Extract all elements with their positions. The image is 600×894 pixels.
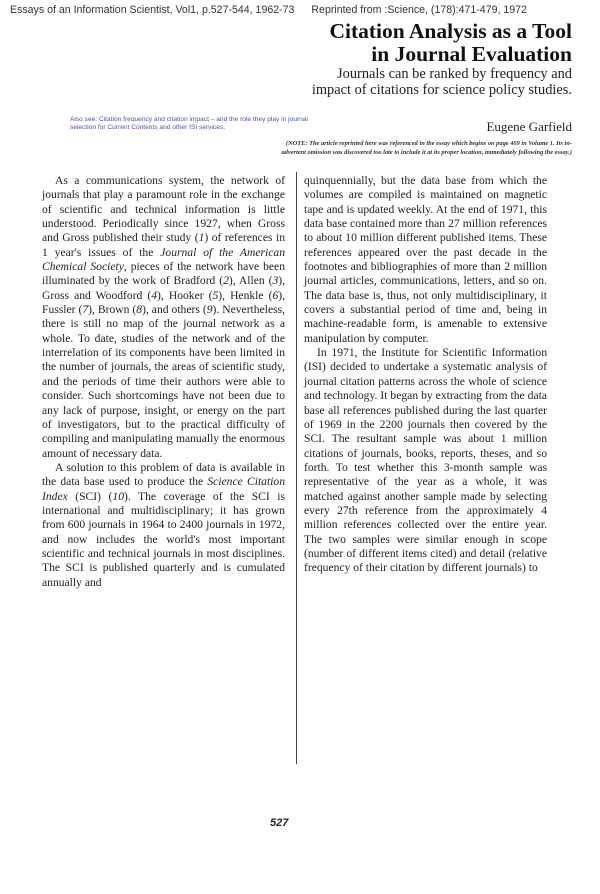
also-see-link[interactable]: Also see: Citation frequency and citatio…	[70, 116, 330, 132]
also-see-line-1[interactable]: Also see: Citation frequency and citatio…	[70, 116, 330, 124]
article-subtitle: Journals can be ranked by frequency and …	[312, 67, 572, 98]
header-reprint-source: Reprinted from :Science, (178):471-479, …	[311, 4, 527, 16]
left-paragraph-2: A solution to this problem of data is av…	[42, 461, 285, 590]
note-line-1: (NOTE: The article reprinted here was re…	[52, 140, 572, 149]
text-run: ), Henkle (	[218, 289, 272, 302]
right-column: quinquennially, but the data base from w…	[304, 174, 547, 576]
text-run: (SCI) (	[68, 490, 113, 503]
right-paragraph-2: In 1971, the Institute for Scientific In…	[304, 346, 547, 576]
running-header: Essays of an Information Scientist, Vol1…	[10, 4, 600, 16]
right-paragraph-1: quinquennially, but the data base from w…	[304, 174, 547, 346]
text-run: ), and others (	[142, 303, 207, 316]
article-title: Citation Analysis as a Tool in Journal E…	[329, 20, 572, 66]
left-paragraph-1: As a communications system, the network …	[42, 174, 285, 461]
also-see-line-2[interactable]: selection for Current Contents and other…	[70, 124, 330, 132]
subtitle-line-2: impact of citations for science policy s…	[312, 83, 572, 99]
text-run: ), Allen (	[229, 274, 273, 287]
editorial-note: (NOTE: The article reprinted here was re…	[52, 140, 572, 157]
text-run: ). Nevertheless, there is still no map o…	[42, 303, 285, 459]
title-line-1: Citation Analysis as a Tool	[329, 20, 572, 43]
note-line-2: advertent omission was discovered too la…	[52, 149, 572, 158]
subtitle-line-1: Journals can be ranked by frequency and	[312, 67, 572, 83]
author-name: Eugene Garfield	[486, 119, 572, 135]
text-run: ), Hooker (	[157, 289, 212, 302]
header-citation: Essays of an Information Scientist, Vol1…	[10, 4, 294, 16]
reference-marker: 10	[112, 490, 124, 503]
page-number: 527	[270, 817, 288, 829]
title-line-2: in Journal Evaluation	[329, 43, 572, 66]
column-divider	[296, 172, 297, 764]
text-run: ). The coverage of the SCI is internatio…	[42, 490, 285, 589]
left-column: As a communications system, the network …	[42, 174, 285, 590]
text-run: ), Brown (	[88, 303, 136, 316]
